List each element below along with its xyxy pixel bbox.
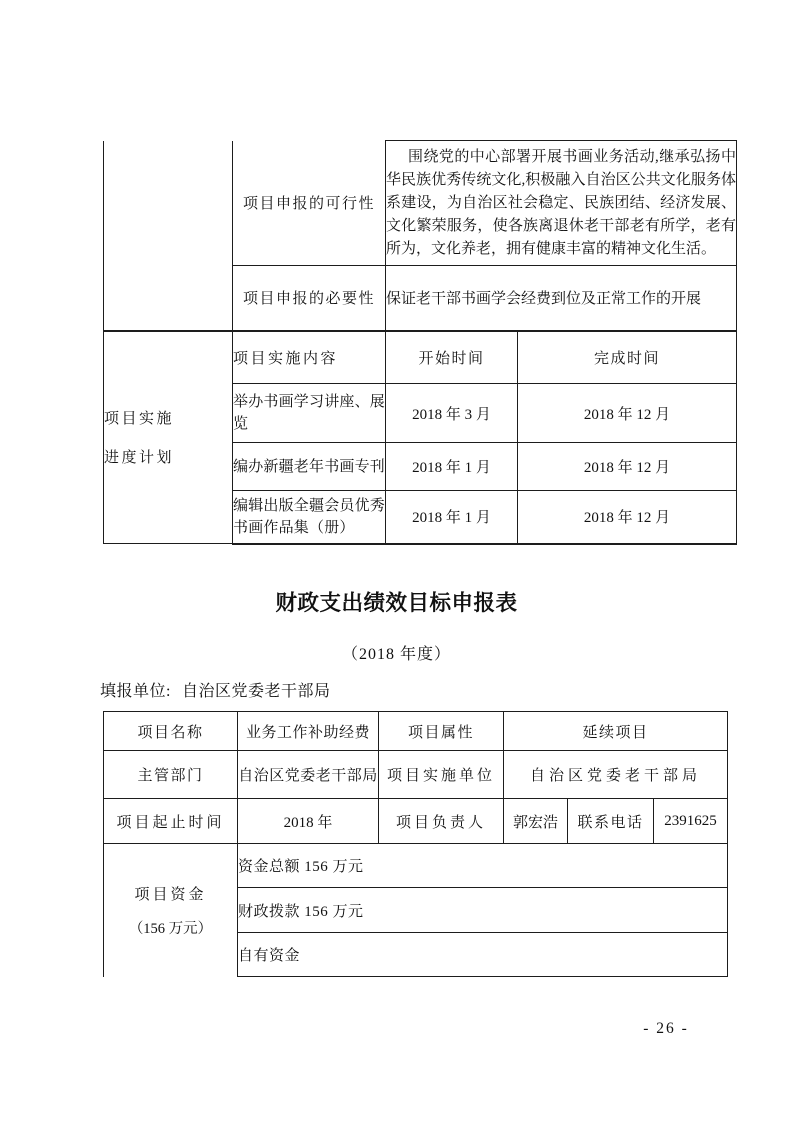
reporting-unit-label: 填报单位:	[100, 683, 171, 700]
funding-row: 项目资金 （156 万元） 资金总额 156 万元	[104, 844, 728, 888]
feasibility-label: 项目申报的可行性	[233, 141, 386, 266]
schedule-row-end: 2018 年 12 月	[518, 384, 737, 443]
form-subtitle: （2018 年度）	[0, 641, 793, 664]
funding-group-label-line2: （156 万元）	[104, 917, 237, 938]
department-value: 自治区党委老干部局	[238, 751, 379, 799]
schedule-group-label-line2: 进度计划	[104, 446, 232, 467]
funding-total: 资金总额 156 万元	[238, 844, 728, 888]
project-attribute-label: 项目属性	[379, 712, 504, 751]
schedule-header-start: 开始时间	[386, 331, 518, 384]
reporting-unit-value: 自治区党委老干部局	[182, 683, 331, 700]
schedule-row-end: 2018 年 12 月	[518, 443, 737, 491]
funding-fiscal: 财政拨款 156 万元	[238, 888, 728, 933]
funding-own: 自有资金	[238, 933, 728, 977]
project-period-label: 项目起止时间	[104, 799, 238, 844]
project-name-label: 项目名称	[104, 712, 238, 751]
department-label: 主管部门	[104, 751, 238, 799]
implementing-unit-value: 自治区党委老干部局	[504, 751, 728, 799]
schedule-row-content: 编辑出版全疆会员优秀书画作品集（册）	[233, 491, 386, 544]
funding-group-label: 项目资金 （156 万元）	[104, 844, 238, 977]
schedule-header-content: 项目实施内容	[233, 331, 386, 384]
schedule-row-end: 2018 年 12 月	[518, 491, 737, 544]
necessity-content: 保证老干部书画学会经费到位及正常工作的开展	[386, 266, 737, 331]
feasibility-content: 围绕党的中心部署开展书画业务活动,继承弘扬中华民族优秀传统文化,积极融入自治区公…	[386, 141, 737, 266]
schedule-row-start: 2018 年 1 月	[386, 443, 518, 491]
reporting-unit-line: 填报单位:自治区党委老干部局	[100, 678, 330, 701]
schedule-row-content: 举办书画学习讲座、展览	[233, 384, 386, 443]
performance-target-table: 项目名称 业务工作补助经费 项目属性 延续项目 主管部门 自治区党委老干部局 项…	[103, 711, 728, 977]
implementing-unit-label: 项目实施单位	[379, 751, 504, 799]
project-period-value: 2018 年	[238, 799, 379, 844]
project-declaration-table: 项目申报的可行性 围绕党的中心部署开展书画业务活动,继承弘扬中华民族优秀传统文化…	[103, 140, 737, 545]
schedule-header-row: 项目实施 进度计划 项目实施内容 开始时间 完成时间	[104, 331, 737, 384]
form-title: 财政支出绩效目标申报表	[0, 586, 793, 617]
schedule-row-content: 编办新疆老年书画专刊	[233, 443, 386, 491]
project-attribute-value: 延续项目	[504, 712, 728, 751]
schedule-row-start: 2018 年 3 月	[386, 384, 518, 443]
schedule-row-start: 2018 年 1 月	[386, 491, 518, 544]
project-name-row: 项目名称 业务工作补助经费 项目属性 延续项目	[104, 712, 728, 751]
department-row: 主管部门 自治区党委老干部局 项目实施单位 自治区党委老干部局	[104, 751, 728, 799]
funding-group-label-line1: 项目资金	[104, 883, 237, 904]
schedule-group-label: 项目实施 进度计划	[104, 331, 233, 544]
page-number: - 26 -	[630, 1020, 702, 1038]
project-name-value: 业务工作补助经费	[238, 712, 379, 751]
necessity-label: 项目申报的必要性	[233, 266, 386, 331]
feasibility-row: 项目申报的可行性 围绕党的中心部署开展书画业务活动,继承弘扬中华民族优秀传统文化…	[104, 141, 737, 266]
empty-spanner-cell	[104, 141, 233, 331]
phone-value: 2391625	[654, 799, 728, 844]
phone-label: 联系电话	[568, 799, 654, 844]
document-page: 项目申报的可行性 围绕党的中心部署开展书画业务活动,继承弘扬中华民族优秀传统文化…	[0, 0, 793, 1122]
schedule-header-end: 完成时间	[518, 331, 737, 384]
period-row: 项目起止时间 2018 年 项目负责人 郭宏浩 联系电话 2391625	[104, 799, 728, 844]
project-leader-value: 郭宏浩	[504, 799, 568, 844]
schedule-group-label-line1: 项目实施	[104, 407, 232, 428]
project-leader-label: 项目负责人	[379, 799, 504, 844]
